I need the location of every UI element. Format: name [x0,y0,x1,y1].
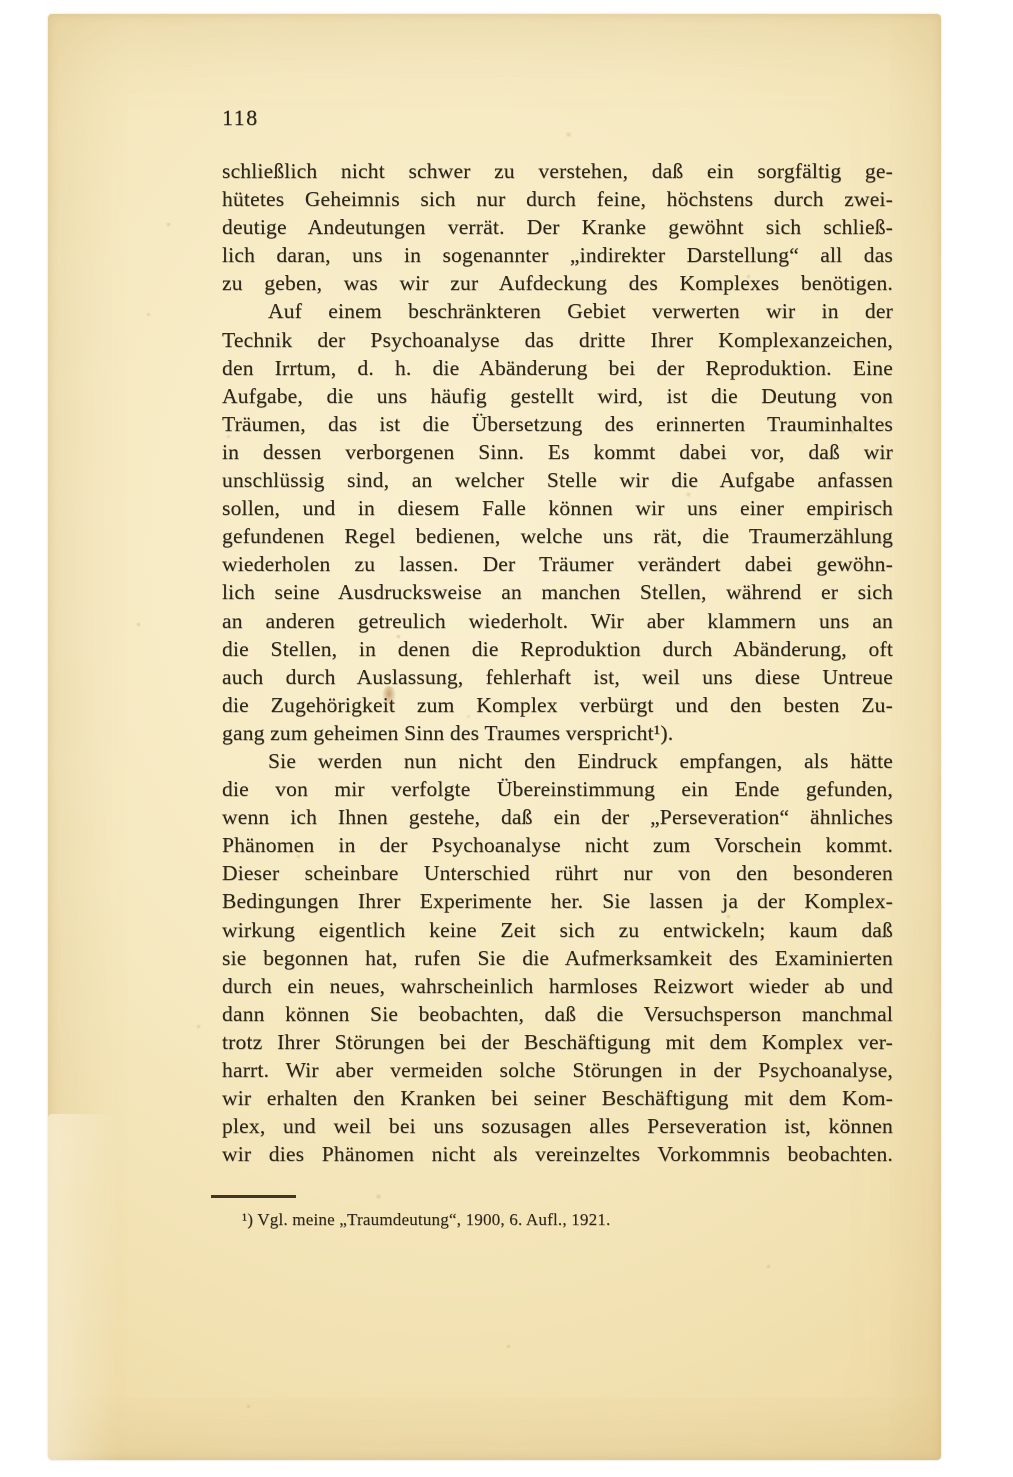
text-line: harrt. Wir aber vermeiden solche Störung… [222,1056,893,1084]
text-line: den Irrtum, d. h. die Abänderung bei der… [222,354,893,382]
book-page: 118 schließlich nicht schwer zu verstehe… [48,14,941,1460]
text-line: unschlüssig sind, an welcher Stelle wir … [222,466,893,494]
text-line: wiederholen zu lassen. Der Träumer verän… [222,550,893,578]
text-line: wirkung eigentlich keine Zeit sich zu en… [222,916,893,944]
text-line: lich seine Ausdrucksweise an manchen Ste… [222,578,893,606]
text-line: dann können Sie beobachten, daß die Vers… [222,1000,893,1028]
text-line: zu geben, was wir zur Aufdeckung des Kom… [222,269,893,297]
text-line: wir erhalten den Kranken bei seiner Besc… [222,1084,893,1112]
footnote-divider [211,1195,296,1198]
text-line: Träumen, das ist die Übersetzung des eri… [222,410,893,438]
text-line: in dessen verborgenen Sinn. Es kommt dab… [222,438,893,466]
text-line: Bedingungen Ihrer Experimente her. Sie l… [222,887,893,915]
text-line: gang zum geheimen Sinn des Traumes versp… [222,719,893,747]
paragraph: Sie werden nun nicht den Eindruck empfan… [222,747,893,1168]
text-line: die von mir verfolgte Übereinstimmung ei… [222,775,893,803]
text-line: lich daran, uns in sogenannter „indirekt… [222,241,893,269]
text-line: plex, und weil bei uns sozusagen alles P… [222,1112,893,1140]
page-number: 118 [222,105,259,131]
text-line: deutige Andeutungen verrät. Der Kranke g… [222,213,893,241]
text-line: trotz Ihrer Störungen bei der Beschäftig… [222,1028,893,1056]
paragraph: schließlich nicht schwer zu verstehen, d… [222,157,893,297]
text-line: Aufgabe, die uns häufig gestellt wird, i… [222,382,893,410]
text-line: wir dies Phänomen nicht als vereinzeltes… [222,1140,893,1168]
text-line: schließlich nicht schwer zu verstehen, d… [222,157,893,185]
text-line: an anderen getreulich wiederholt. Wir ab… [222,607,893,635]
text-line: sollen, und in diesem Falle können wir u… [222,494,893,522]
text-line: auch durch Auslassung, fehlerhaft ist, w… [222,663,893,691]
paper-specks [48,14,49,15]
text-line: Auf einem beschränkteren Gebiet verwerte… [222,297,893,325]
text-line: Phänomen in der Psychoanalyse nicht zum … [222,831,893,859]
text-line: durch ein neues, wahrscheinlich harmlose… [222,972,893,1000]
footnote-text: ¹) Vgl. meine „Traumdeutung“, 1900, 6. A… [242,1210,882,1230]
scan-background: { "page": { "number": "118", "paragraphs… [0,0,1013,1477]
text-line: Dieser scheinbare Unterschied rührt nur … [222,859,893,887]
text-line: Technik der Psychoanalyse das dritte Ihr… [222,326,893,354]
text-line: sie begonnen hat, rufen Sie die Aufmerks… [222,944,893,972]
text-line: hütetes Geheimnis sich nur durch feine, … [222,185,893,213]
text-line: Sie werden nun nicht den Eindruck empfan… [222,747,893,775]
text-line: die Stellen, in denen die Reproduktion d… [222,635,893,663]
text-line: wenn ich Ihnen gestehe, daß ein der „Per… [222,803,893,831]
paper-crease [48,1114,118,1460]
text-line: gefundenen Regel bedienen, welche uns rä… [222,522,893,550]
paragraph: Auf einem beschränkteren Gebiet verwerte… [222,297,893,747]
text-block: schließlich nicht schwer zu verstehen, d… [222,157,893,1168]
text-line: die Zugehörigkeit zum Komplex verbürgt u… [222,691,893,719]
